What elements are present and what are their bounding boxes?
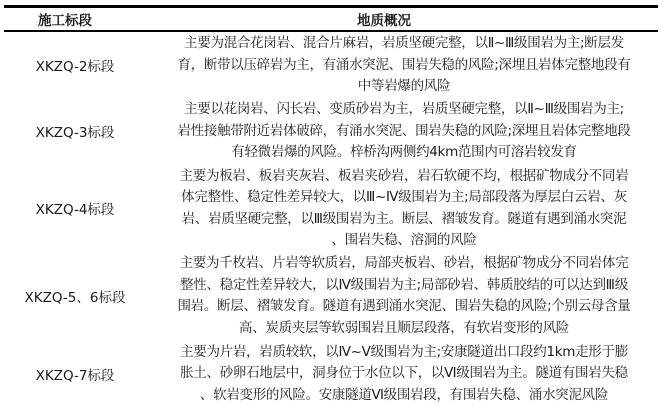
geology-line: 岩性接触带附近岩体破碎，有涌水突泥、围岩失稳的风险;深埋且岩体完整地段 (150, 121, 658, 143)
geology-line: 育，断带以压碎岩为主，有涌水突泥、围岩失稳的风险;深埋且岩体完整地段有 (150, 55, 658, 77)
geology-line: 主要为板岩、板岩夹灰岩、板岩夹砂岩，岩石软硬不均，根据矿物成分不同岩 (150, 166, 658, 188)
geology-line: 体完整性、稳定性差异较大，以Ⅲ~Ⅳ级围岩为主;局部段落为厚层白云岩、灰 (150, 187, 658, 209)
section-cell: XKZQ-2标段 (4, 55, 150, 75)
section-cell: XKZQ-5、6标段 (4, 286, 150, 306)
geology-line: 高、炭质夹层等软弱围岩且顺层段落，有软岩变形的风险 (150, 318, 658, 340)
geology-line: 岩、岩质坚硬完整，以Ⅲ级围岩为主。断层、褶皱发育。隧道有遇到涌水突泥 (150, 209, 658, 231)
section-cell: XKZQ-7标段 (4, 364, 150, 384)
header-geology: 地质概况 (150, 9, 658, 29)
geology-line: 围岩。断层、褶皱发育。隧道有遇到涌水突泥、围岩失稳的风险;个别云母含量 (150, 296, 658, 318)
section-cell: XKZQ-4标段 (4, 198, 150, 218)
geology-cell: 主要为千枚岩、片岩等软质岩，局部夹板岩、砂岩，根据矿物成分不同岩体完 整性、稳定… (150, 251, 658, 340)
geology-line: 中等岩爆的风险 (150, 76, 658, 98)
geology-line: 、软岩变形的风险。安康隧道Ⅵ级围岩段，有围岩失稳、涌水突泥风险 (150, 385, 658, 407)
header-section: 施工标段 (4, 9, 150, 29)
geology-cell: 主要为片岩，岩质较软，以Ⅳ~Ⅴ级围岩为主;安康隧道出口段约1km走形于膨 胀土、… (150, 340, 658, 407)
geology-cell: 主要为板岩、板岩夹灰岩、板岩夹砂岩，岩石软硬不均，根据矿物成分不同岩 体完整性、… (150, 164, 658, 253)
table-row: XKZQ-7标段 主要为片岩，岩质较软，以Ⅳ~Ⅴ级围岩为主;安康隧道出口段约1k… (4, 339, 658, 407)
geology-cell: 主要以花岗岩、闪长岩、变质砂岩为主，岩质坚硬完整，以Ⅱ~Ⅲ级围岩为主; 岩性接触… (150, 97, 658, 165)
geology-cell: 主要为混合花岗岩、混合片麻岩，岩质坚硬完整，以Ⅱ~Ⅲ级围岩为主;断层发 育，断带… (150, 31, 658, 99)
geology-line: 胀土、砂卵石地层中，洞身位于水位以下，以Ⅵ级围岩为主。隧道有围岩失稳 (150, 363, 658, 385)
geology-line: 、围岩失稳、溶洞的风险 (150, 230, 658, 252)
table-row: XKZQ-4标段 主要为板岩、板岩夹灰岩、板岩夹砂岩，岩石软硬不均，根据矿物成分… (4, 164, 658, 252)
geology-line: 主要为千枚岩、片岩等软质岩，局部夹板岩、砂岩，根据矿物成分不同岩体完 (150, 253, 658, 275)
table-row: XKZQ-3标段 主要以花岗岩、闪长岩、变质砂岩为主，岩质坚硬完整，以Ⅱ~Ⅲ级围… (4, 98, 658, 164)
geology-line: 整性、稳定性差异较大，以Ⅳ级围岩为主;局部砂岩、韩质胶结的可以达到Ⅲ级 (150, 275, 658, 297)
geology-line: 主要为混合花岗岩、混合片麻岩，岩质坚硬完整，以Ⅱ~Ⅲ级围岩为主;断层发 (150, 33, 658, 55)
geology-line: 主要为片岩，岩质较软，以Ⅳ~Ⅴ级围岩为主;安康隧道出口段约1km走形于膨 (150, 342, 658, 364)
section-cell: XKZQ-3标段 (4, 121, 150, 141)
table-row: XKZQ-2标段 主要为混合花岗岩、混合片麻岩，岩质坚硬完整，以Ⅱ~Ⅲ级围岩为主… (4, 32, 658, 98)
table-header: 施工标段 地质概况 (4, 8, 658, 30)
geology-table: 施工标段 地质概况 XKZQ-2标段 主要为混合花岗岩、混合片麻岩，岩质坚硬完整… (4, 5, 658, 407)
table-row: XKZQ-5、6标段 主要为千枚岩、片岩等软质岩，局部夹板岩、砂岩，根据矿物成分… (4, 252, 658, 339)
geology-line: 有轻微岩爆的风险。梓桥沟两侧约4km范围内可溶岩较发育 (150, 142, 658, 164)
geology-line: 主要以花岗岩、闪长岩、变质砂岩为主，岩质坚硬完整，以Ⅱ~Ⅲ级围岩为主; (150, 99, 658, 121)
